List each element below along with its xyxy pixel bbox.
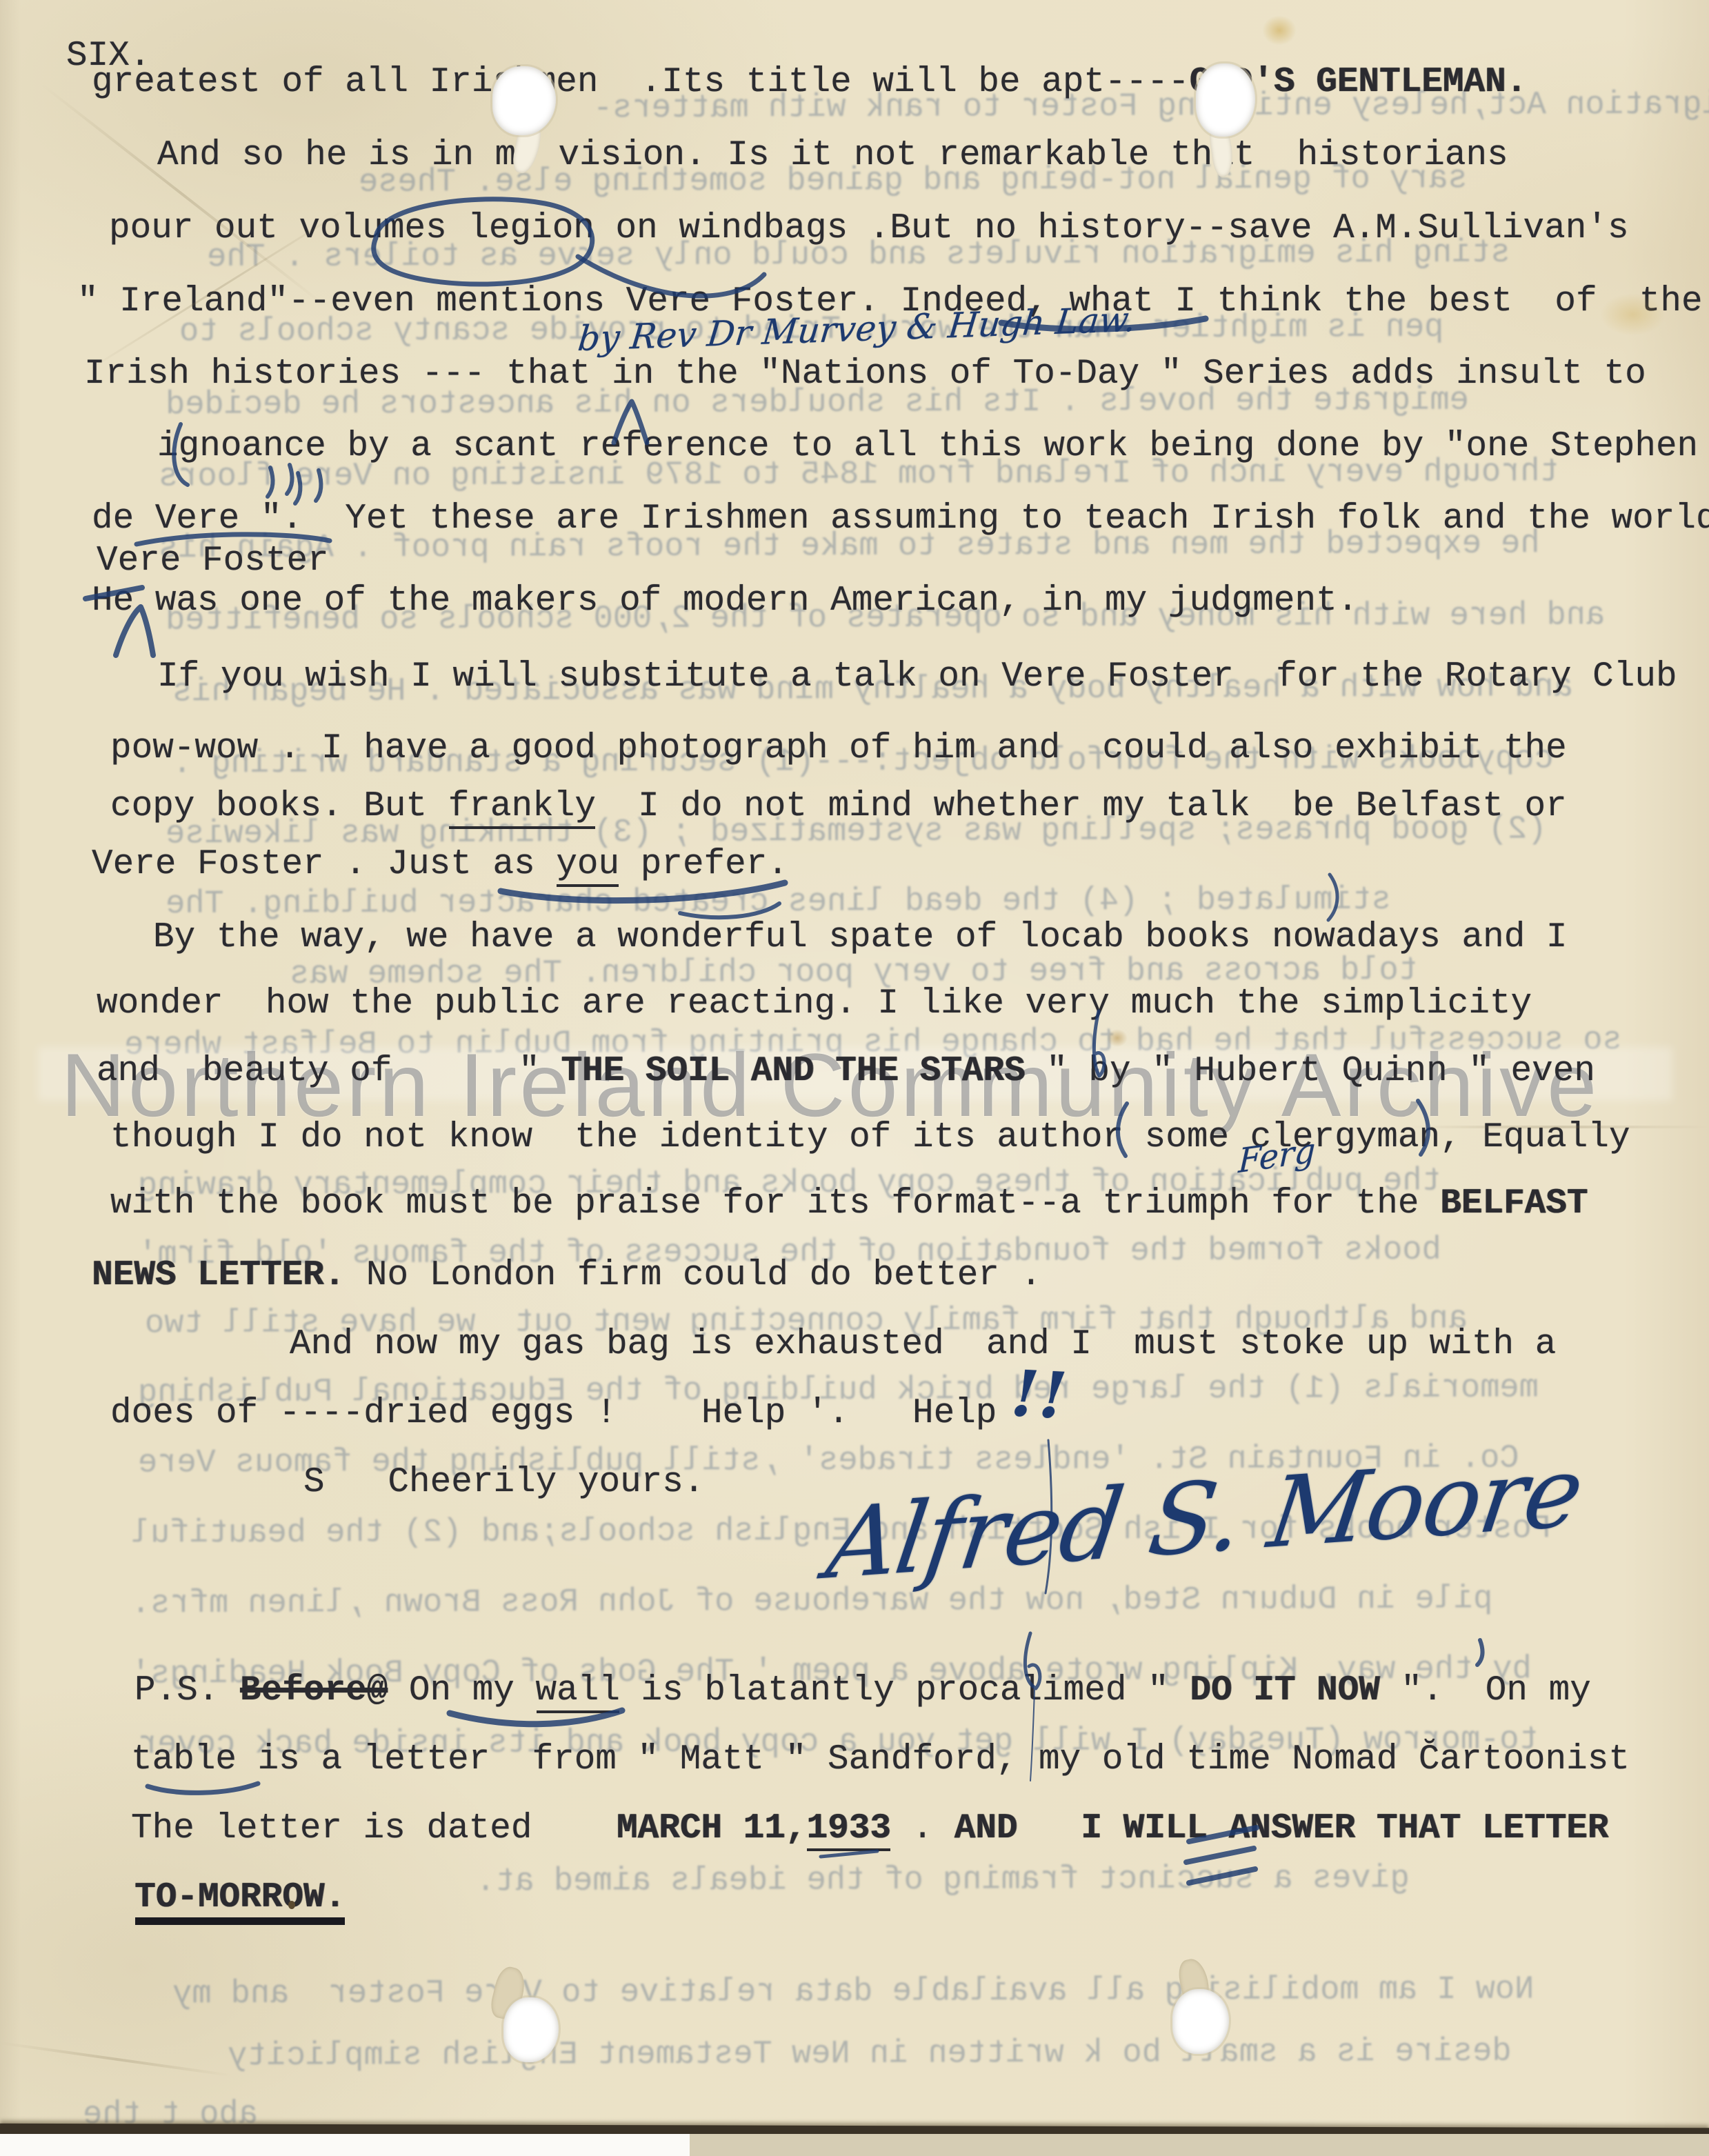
ink-ps-l-mark — [1025, 1633, 1039, 1688]
ink-speck — [288, 1901, 295, 1909]
ink-ps-l-descender — [1030, 1690, 1035, 1781]
ink-swoosh-table — [148, 1784, 258, 1793]
ink-swoosh-you-prefer-1 — [501, 883, 785, 901]
scanner-background-right — [690, 2134, 1709, 2156]
handwritten-exclamation-marks: !! — [1009, 1356, 1068, 1433]
ink-apostrophe-on-my — [1477, 1640, 1482, 1665]
ink-squiggle-ignoance — [174, 424, 188, 485]
paper-sheet: pass the emigration Act,helesy entitling… — [0, 0, 1709, 2138]
crease-right — [1407, 1126, 1709, 1128]
ink-quote-ignoance-2 — [316, 470, 321, 501]
ink-caret-he — [116, 607, 153, 655]
scanner-background-left — [0, 2134, 690, 2156]
stain-right-edge — [1600, 293, 1666, 336]
ink-strike-he — [86, 588, 142, 599]
ink-caret-that — [614, 401, 647, 443]
ink-b-over-by — [1094, 1011, 1104, 1076]
ink-quote-ignoance-1 — [295, 473, 300, 503]
ink-circle-volumes — [374, 199, 592, 284]
stain-top-right — [1262, 15, 1297, 46]
ink-swoosh-wall — [450, 1710, 622, 1724]
ink-dash-1933 — [821, 1851, 877, 1857]
ink-quote-devere-2 — [287, 465, 292, 494]
ink-quote-devere-1 — [268, 468, 272, 497]
scanned-letter-page: pass the emigration Act,helesy entitling… — [0, 0, 1709, 2156]
stain-mid — [1107, 1029, 1128, 1047]
ink-hash-1 — [1189, 1828, 1257, 1841]
ink-swoosh-you-prefer-2 — [680, 904, 779, 917]
ink-tick-nowadays — [1328, 875, 1337, 920]
ink-hash-3 — [1189, 1869, 1255, 1883]
ink-hash-2 — [1186, 1848, 1254, 1862]
ink-paren-open-clergyman — [1118, 1104, 1127, 1156]
ink-stroke-vere-foster-insert — [137, 535, 330, 544]
ink-circle-volumes-tail — [578, 257, 764, 296]
